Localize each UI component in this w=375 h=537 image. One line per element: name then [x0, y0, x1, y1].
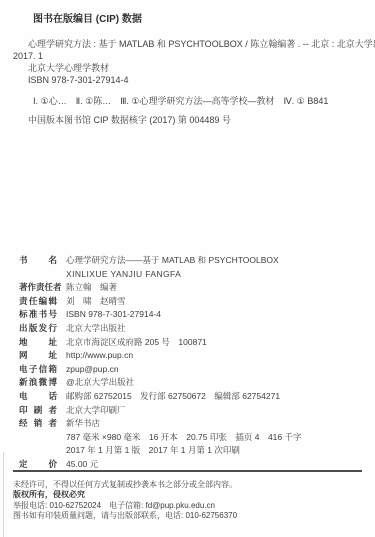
field-label: 新浪微博 — [19, 376, 57, 390]
field-label: 电话 — [19, 390, 57, 404]
field-label: 电子信箱 — [19, 363, 57, 377]
field-label: 网址 — [19, 349, 57, 363]
notice-rights-reserved: 版权所有，侵权必究 — [13, 490, 237, 500]
row-email: 电子信箱 zpup@pup.cn — [19, 363, 369, 377]
copyright-notice: 未经许可，不得以任何方式复制或抄袭本书之部分或全部内容。 版权所有，侵权必究 举… — [13, 480, 237, 521]
field-value: 787 毫米 ×980 毫米 16 开本 20.75 印张 插页 4 416 千… — [66, 431, 302, 445]
field-label — [19, 431, 57, 445]
scan-edge-artifact — [3, 452, 4, 537]
row-format: 787 毫米 ×980 毫米 16 开本 20.75 印张 插页 4 416 千… — [19, 431, 369, 445]
field-label — [19, 268, 57, 282]
row-isbn: 标准书号 ISBN 978-7-301-27914-4 — [19, 308, 369, 322]
copyright-page: 图书在版编目 (CIP) 数据 心理学研究方法 : 基于 MATLAB 和 PS… — [0, 0, 375, 537]
row-pinyin-title: XINLIXUE YANJIU FANGFA — [19, 268, 369, 282]
row-editors: 责任编辑 刘 啸 赵晴雪 — [19, 295, 369, 309]
row-weibo: 新浪微博 @北京大学出版社 — [19, 376, 369, 390]
notice-no-copy: 未经许可，不得以任何方式复制或抄袭本书之部分或全部内容。 — [13, 480, 237, 490]
field-label: 书名 — [19, 254, 57, 268]
field-value: XINLIXUE YANJIU FANGFA — [66, 268, 181, 282]
field-value: 2017 年 1 月第 1 版 2017 年 1 月第 1 次印刷 — [66, 444, 240, 458]
field-value: @北京大学出版社 — [66, 376, 134, 390]
field-label: 著作责任者 — [19, 281, 57, 295]
field-value: zpup@pup.cn — [66, 363, 119, 377]
field-label: 出版发行 — [19, 322, 57, 336]
field-value: 陈立翰 编著 — [66, 281, 117, 295]
row-distributor: 经销者 新华书店 — [19, 417, 369, 431]
cip-classification: Ⅰ. ①心… Ⅱ. ①陈… Ⅲ. ①心理学研究方法—高等学校—教材 Ⅳ. ① B… — [13, 95, 371, 107]
row-book-title: 书名 心理学研究方法——基于 MATLAB 和 PSYCHTOOLBOX — [19, 254, 369, 268]
cip-record-number: 中国版本图书馆 CIP 数据核字 (2017) 第 004489 号 — [13, 114, 371, 126]
colophon-table: 书名 心理学研究方法——基于 MATLAB 和 PSYCHTOOLBOX XIN… — [19, 254, 369, 472]
horizontal-rule — [13, 470, 362, 472]
field-value: 新华书店 — [66, 417, 100, 431]
row-phone: 电话 邮购部 62752015 发行部 62750672 编辑部 6275427… — [19, 390, 369, 404]
field-value: 北京大学印刷厂 — [66, 404, 126, 418]
field-value: ISBN 978-7-301-27914-4 — [66, 308, 161, 322]
cip-entry-line2: 2017. 1 — [13, 50, 371, 62]
notice-quality-contact: 图书如有印装质量问题，请与出版部联系，电话: 010-62756370 — [13, 511, 237, 521]
row-edition: 2017 年 1 月第 1 版 2017 年 1 月第 1 次印刷 — [19, 444, 369, 458]
field-label: 标准书号 — [19, 308, 57, 322]
row-address: 地址 北京市海淀区成府路 205 号 100871 — [19, 336, 369, 350]
field-label — [19, 444, 57, 458]
field-value: 心理学研究方法——基于 MATLAB 和 PSYCHTOOLBOX — [66, 254, 279, 268]
field-value: 北京市海淀区成府路 205 号 100871 — [66, 336, 207, 350]
row-website: 网址 http://www.pup.cn — [19, 349, 369, 363]
row-printer: 印刷者 北京大学印刷厂 — [19, 404, 369, 418]
notice-report-contact: 举报电话: 010-62752024 电子信箱: fd@pup.pku.edu.… — [13, 501, 237, 511]
field-value: http://www.pup.cn — [66, 349, 133, 363]
row-publisher: 出版发行 北京大学出版社 — [19, 322, 369, 336]
field-value: 邮购部 62752015 发行部 62750672 编辑部 62754271 — [66, 390, 280, 404]
cip-entry-line1: 心理学研究方法 : 基于 MATLAB 和 PSYCHTOOLBOX / 陈立翰… — [13, 38, 371, 50]
field-label: 印刷者 — [19, 404, 57, 418]
cip-isbn: ISBN 978-7-301-27914-4 — [13, 74, 371, 86]
row-author: 著作责任者 陈立翰 编著 — [19, 281, 369, 295]
field-value: 北京大学出版社 — [66, 322, 126, 336]
field-value: 刘 啸 赵晴雪 — [66, 295, 126, 309]
cip-header: 图书在版编目 (CIP) 数据 — [13, 14, 371, 26]
field-label: 地址 — [19, 336, 57, 350]
field-label: 经销者 — [19, 417, 57, 431]
cip-data-block: 图书在版编目 (CIP) 数据 心理学研究方法 : 基于 MATLAB 和 PS… — [13, 14, 371, 126]
cip-series: 北京大学心理学教材 — [13, 62, 371, 74]
field-label: 责任编辑 — [19, 295, 57, 309]
